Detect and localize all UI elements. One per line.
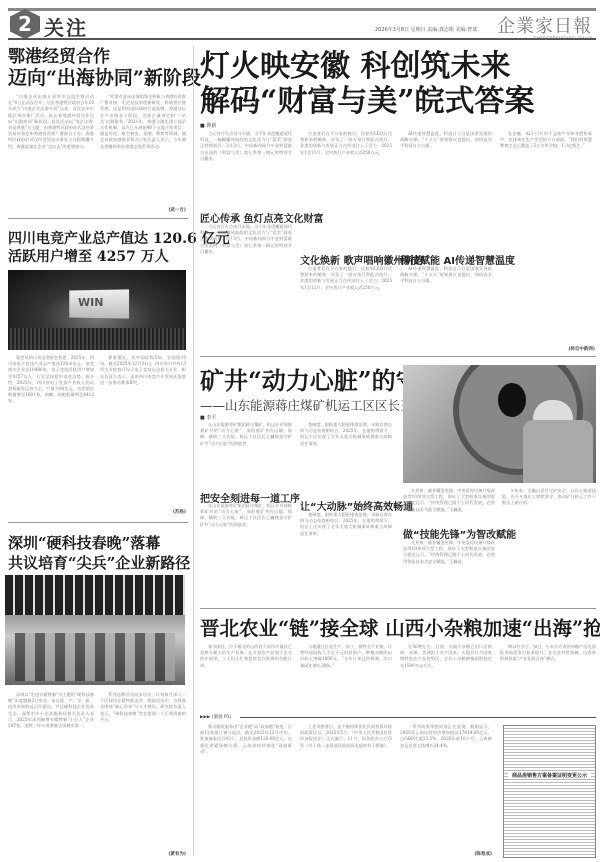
continued-label: (紧接 P1) (212, 715, 232, 720)
worker-body-shape (523, 420, 593, 483)
article-body: 关更换、副井罐笼更换、中央泵房设备升级改造等10余项大型工程，保证了大型机电设备… (403, 488, 495, 522)
masthead: 2 关注 2026年3月8日 星期日 责编:龚志彬 美编:曾歆 企業家日報 EN… (0, 0, 600, 44)
article-body: 在50吨左右。目前，天镇小杂粮已出口至欧洲、亚洲、美洲的十多个国家。天镇县作为国… (400, 644, 492, 688)
headline: 活跃用户增至 4257 万人 (8, 250, 169, 265)
masthead-top-rule (8, 8, 596, 11)
article-body: “内地企业出海专责华中交流会暨启动礼”4日在武汉召开。这是香港特区政府去年10月… (8, 94, 94, 212)
article-body: “希望有意向出海的鄂企积极与香港投资推广署对接，无论是技术创新研发、跨境供应链管… (100, 94, 186, 206)
author-credit: (黄有为) (150, 851, 186, 857)
crowd-shape (8, 328, 186, 350)
article-body: 一系列政策举措成效正在显现。数据显示，2025年云南民营经济增加值达17914.… (400, 724, 492, 850)
headline: 迈向“出海协同”新阶段 (8, 68, 201, 89)
article-body: 多年来，王巍以责任守护安全，以匠心锻造技能，在平凡岗位上默默坚守，推动矿井机运工… (502, 488, 596, 602)
article-body: AI传递智慧温度。科技日立日是国家发展的战略支撑。“十五五”规划建议也提出，加快… (400, 266, 492, 348)
article-body: 深圳以“走进专精特新”为主题的“硬科技春晚”年度盛典3日举办。来自政、产、学、研… (8, 692, 94, 858)
panelists-shape (15, 633, 175, 681)
article-body: 查制度，狠抓重大隐患排查治理，采取自查自纠与动态检查相结合。2025年，在他的带… (300, 512, 392, 602)
miner-worker-photo (403, 365, 596, 483)
article-body: 赛事增长，其中国际级5场、全国级16场。截至2025年12月31日，四川省内共有… (100, 355, 186, 505)
article-body: 打造者们在千万家的数目，比如用LED灯代替原来的蜡烛，开发了一款万家灯智能式鱼灯… (300, 266, 392, 348)
masthead-bottom-rule (8, 38, 596, 40)
newspaper-logo: 企業家日報 ENTREPRENEURS' DAILY (497, 12, 592, 41)
byline: 李平 (200, 414, 216, 421)
article-body: 当元宵灯火点亮马头墙，当千年非遗邂逅现代科技，一幅幅徽风皖韵的文化活力与“富美”… (200, 224, 292, 348)
article-body: 当元宵灯火点亮马头墙，当千年非遗邂逅现代科技，一幅幅徽风皖韵的文化活力与“富美”… (200, 131, 292, 186)
esports-arena-photo: WIN (8, 270, 186, 350)
article-body: 上述举措背后，是不断持续优化民间投资环境的政策信号。2025年5月，《中华人民共… (300, 724, 392, 858)
headline: 灯火映安徽 科创筑未来 (200, 50, 510, 83)
headline: 共议培育“尖兵”企业新路径 (8, 555, 190, 572)
headline: 晋北农业“链”接全球 山西小杂粮加速“出海”抢市场 (200, 618, 600, 639)
author-credit: (陈希成) (450, 851, 492, 857)
divider (200, 608, 596, 609)
section-title: 关注 (44, 12, 88, 41)
win-logo: WIN (78, 296, 103, 309)
headline: 解码“财富与美”皖式答案 (200, 85, 535, 118)
article-body: 在山东能源枣矿集团蒋庄煤矿，机运专业保障着矿井的“动力心脏”，承担着矿井的运输、… (200, 422, 292, 488)
continued-rule (240, 717, 596, 718)
article-body: 在山东能源枣矿集团蒋庄煤矿，机运专业保障着矿井的“动力心脏”，承担着矿井的运输、… (200, 503, 292, 601)
ceiling-lights-shape (5, 575, 185, 615)
headline: 四川电竞产业总产值达 120.6 亿元 (8, 232, 230, 247)
article-body: 当地通过打造生产、加工、销售全产业链，让曾经面向收入不足千元的贫困户，种植杂粮的… (300, 644, 392, 688)
divider (8, 522, 188, 523)
continued-marker: ▶▶▶ (紧接 P1) (200, 714, 231, 720)
forum-stage-photo (5, 575, 185, 685)
article-body: 打造者们在千万家的数目，比如用LED灯代替原来的蜡烛，开发了一款万家灯智能式鱼灯… (300, 131, 392, 251)
article-body: 系列品牌活动同步启动，计划每月深入一个区探访专精特新企业。圆桌论坛中，各界嘉宾围… (100, 692, 186, 852)
page-number-badge: 2 (10, 9, 40, 39)
public-notice-ad: 商品房销售方案备案证明变更公示 (503, 725, 596, 858)
wheel-hole-shape (498, 383, 526, 417)
article-body: 推动融资服务由“企业跑”向“政府跑”转变。目前13家银行参与试点。截至2025年… (200, 724, 292, 858)
article-body: 物以红芸豆、绿豆、小米为代表的杂粮产品在国际市场竞争力显著提升。在农业外贸领域，… (500, 644, 596, 688)
article-body: 笔者从四川省电竞协会获悉，2025年，四川省电子竞技产业总产值达120.6亿元，… (8, 355, 94, 505)
article-body: 查制度，狠抓重大隐患排查治理，采取自查自纠与动态检查相结合。2025年，在他的带… (300, 422, 392, 494)
headline: 鄂港经贸合作 (8, 48, 110, 67)
divider (200, 356, 596, 357)
divider (8, 218, 188, 219)
article-body: 关更换、副井罐笼更换、中央泵房设备升级改造等10余项大型工程，保证了大型机电设备… (403, 540, 495, 602)
subheading: 科技赋能 AI传递智慧温度 (400, 252, 515, 267)
dateline: 2026年3月8日 星期日 责编:龚志彬 美编:曾歆 (375, 26, 477, 33)
subheading: 做“技能先锋”为智改赋能 (403, 526, 516, 541)
column-divider (193, 46, 194, 856)
subheading: 让“大动脉”始终高效畅通 (300, 498, 413, 513)
author-credit: (苏杨) (150, 509, 186, 515)
ad-title: 商品房销售方案备案证明变更公示 (508, 772, 591, 779)
brand-cn: 企業家日報 (497, 12, 592, 38)
arrows-icon: ▶▶▶ (200, 715, 210, 720)
byline: 钟新 (200, 122, 216, 129)
article-body: 在安徽，AI不只应用于文旅产业和非遗传承中，也体现在生产生活的方方面面。“我们的… (500, 131, 592, 341)
article-body: 春节刚过，位于雁北的山西省大同市天镇县已是热火朝天的生产景象。在多家农产品加工企… (200, 644, 292, 688)
article-body: AI传递智慧温度。科技日立日是国家发展的战略支撑。“十五五”规划建议也提出，加快… (400, 131, 492, 249)
author-credit: (武一方) (150, 207, 186, 213)
author-credit: (转自中新网) (545, 346, 595, 352)
headline: 深圳“硬科技春晚”落幕 (8, 535, 160, 552)
